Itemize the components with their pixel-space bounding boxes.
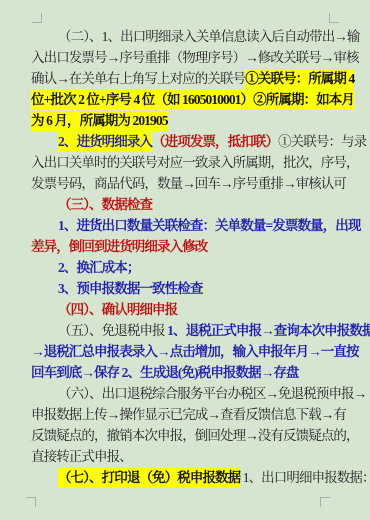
text-segment: 为 6 月，所属期为 201905 (31, 111, 168, 131)
margin-corner-mark-top-right (329, 13, 339, 23)
text-segment: 位+批次 2 位+序号 4 位（如 1605010001）②所属期：如本月 (31, 90, 354, 110)
text-segment: ①关联号：所属期 4 (245, 69, 354, 89)
text-line: 直接转正式申报、 (31, 446, 340, 467)
text-segment: （四）、确认明细申报 (58, 302, 177, 317)
text-segment: 反馈疑点的，撤销本次申报，倒回处理→没有反馈疑点的， (31, 428, 359, 443)
text-line: 2、进货明细录入（进项发票，抵扣联）①关联号：与录 (31, 131, 340, 152)
text-line: 申报数据上传→操作显示已完成→查看反馈信息下载→有 (31, 404, 340, 425)
text-line: 1、进货出口数量关联检查：关单数量=发票数量，出现 (31, 215, 340, 236)
text-line: （六）、出口退税综合服务平台办税区→免退税预申报→ (31, 383, 340, 404)
text-segment: （三）、数据检查 (58, 197, 152, 212)
text-segment: （进项发票，抵扣联） (152, 134, 278, 149)
text-line: 3、预申报数据一致性检查 (31, 278, 340, 299)
text-segment: （六）、出口退税综合服务平台办税区→免退税预申报→ (58, 386, 366, 401)
document-page: （二）、1、出口明细录入关单信息读入后自动带出→输入出口发票号→序号重排（物理序… (0, 0, 370, 520)
text-line: （三）、数据检查 (31, 194, 340, 215)
text-segment: 2、进货明细录入 (58, 132, 152, 152)
text-line: （五）、免退税申报 1、退税正式申报→查询本次申报数据 (31, 320, 340, 341)
text-segment: 入出口关单时的关联号对应一致录入所属期，批次，序号， (31, 155, 359, 170)
text-line: 反馈疑点的，撤销本次申报，倒回处理→没有反馈疑点的， (31, 425, 340, 446)
text-segment: 1、退税正式申报→查询本次申报数据 (167, 323, 370, 338)
text-segment: ①关联号：与录 (278, 134, 366, 149)
text-segment: （五）、免退税申报 (58, 323, 167, 338)
text-segment: 2、换汇成本； (58, 260, 139, 275)
text-line: （七）、打印退（免）税申报数据 1、出口明细申报数据： (31, 467, 340, 488)
text-line: 差异，倒回到进货明细录入修改 (31, 236, 340, 257)
text-segment: （二）、1、出口明细录入关单信息读入后自动带出→输 (58, 29, 360, 44)
text-line: 确认→在关单右上角写上对应的关联号①关联号：所属期 4 (31, 68, 340, 89)
text-segment: 申报数据上传→操作显示已完成→查看反馈信息下载→有 (31, 407, 346, 422)
text-segment: 直接转正式申报、 (31, 449, 132, 464)
text-line: （二）、1、出口明细录入关单信息读入后自动带出→输 (31, 26, 340, 47)
text-segment: 回车到底→保存 2、生成退(免)税申报数据→存盘 (31, 365, 299, 380)
text-line: 入出口关单时的关联号对应一致录入所属期，批次，序号， (31, 152, 340, 173)
text-line: 入出口发票号→序号重排（物理序号）→修改关联号→审核 (31, 47, 340, 68)
margin-corner-mark-top-left (32, 13, 42, 23)
text-line: 发票号码，商品代码，数量→回车→序号重排→审核认可 (31, 173, 340, 194)
text-line: 为 6 月，所属期为 201905 (31, 110, 340, 131)
text-segment: （七）、打印退（免）税申报数据 (58, 468, 240, 488)
text-segment: 3、预申报数据一致性检查 (58, 281, 202, 296)
margin-corner-mark-bottom-right (320, 497, 330, 507)
text-segment: 差异，倒回到进货明细录入修改 (31, 239, 207, 254)
text-line: 回车到底→保存 2、生成退(免)税申报数据→存盘 (31, 362, 340, 383)
text-segment: 发票号码，商品代码，数量→回车→序号重排→审核认可 (31, 176, 346, 191)
text-segment: 1、出口明细申报数据： (240, 470, 370, 485)
text-segment: 确认→在关单右上角写上对应的关联号 (31, 71, 245, 86)
text-line: →退税汇总申报表录入→点击增加，输入申报年月→一直按 (31, 341, 340, 362)
text-segment: →退税汇总申报表录入→点击增加，输入申报年月→一直按 (31, 344, 359, 359)
text-line: 2、换汇成本； (31, 257, 340, 278)
text-segment: 1、进货出口数量关联检查：关单数量=发票数量，出现 (58, 218, 360, 233)
document-body: （二）、1、出口明细录入关单信息读入后自动带出→输入出口发票号→序号重排（物理序… (31, 26, 340, 488)
text-segment: 入出口发票号→序号重排（物理序号）→修改关联号→审核 (31, 50, 359, 65)
text-line: 位+批次 2 位+序号 4 位（如 1605010001）②所属期：如本月 (31, 89, 340, 110)
margin-corner-mark-bottom-left (26, 497, 36, 507)
text-line: （四）、确认明细申报 (31, 299, 340, 320)
